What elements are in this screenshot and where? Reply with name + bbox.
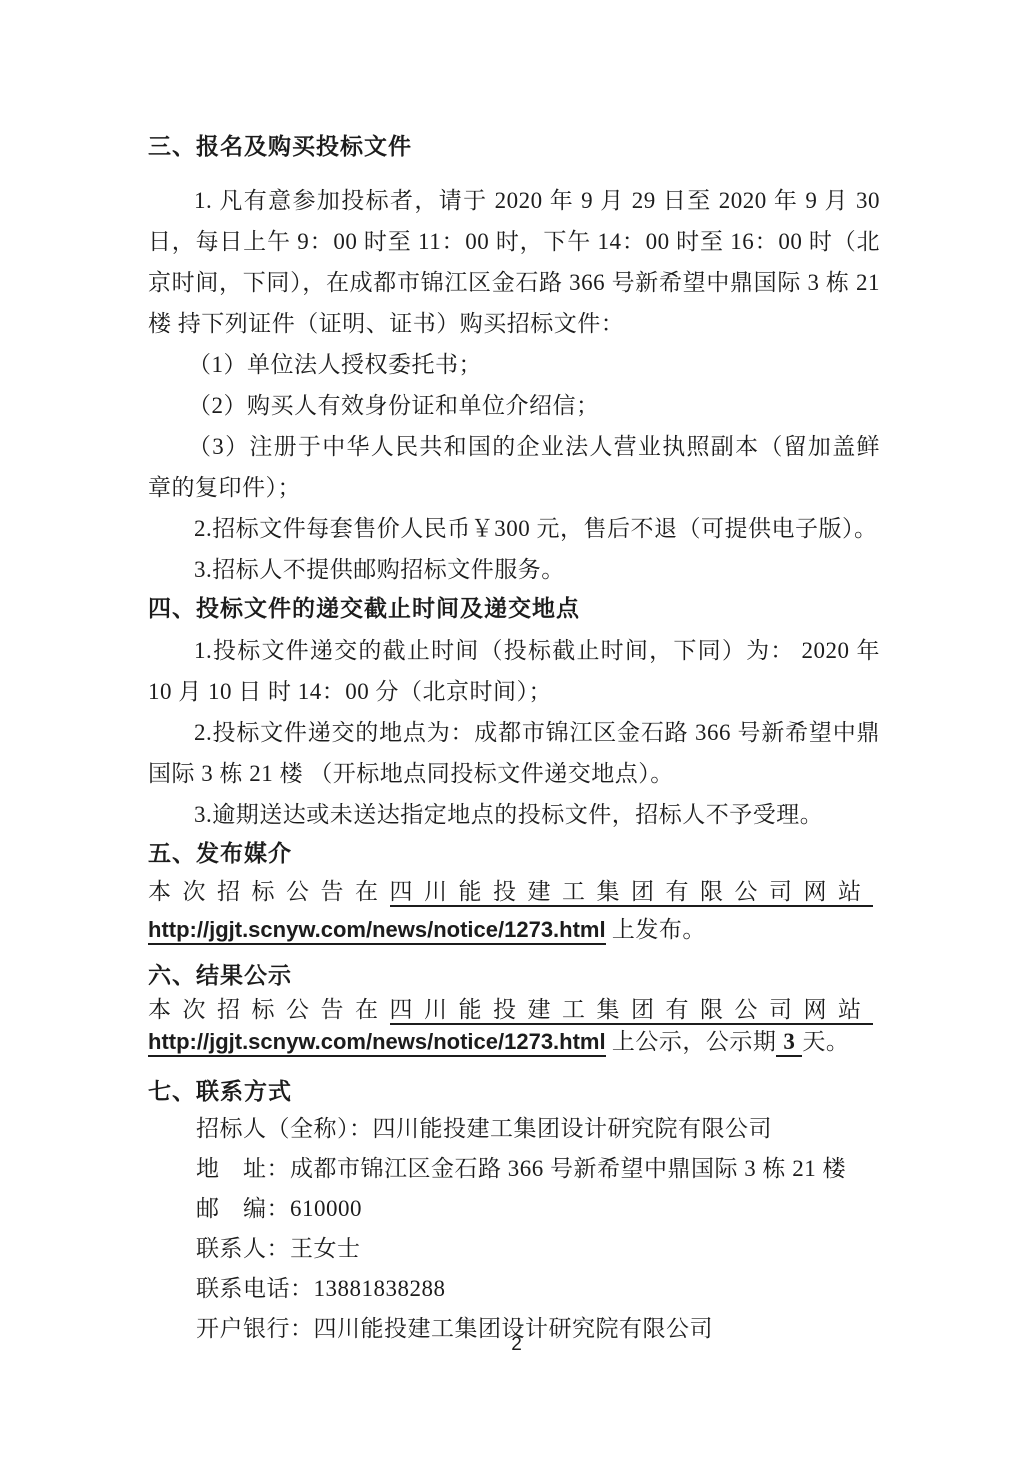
section-3-subitem-3: （3）注册于中华人民共和国的企业法人营业执照副本（留加盖鲜章的复印件）； [148, 426, 880, 508]
section-4-heading: 四、投标文件的递交截止时间及递交地点 [148, 592, 880, 624]
section-5-publish-line: 本次招标公告在四川能投建工集团有限公司网站 [148, 873, 880, 911]
section-6-url-suffix-2: 天。 [802, 1029, 849, 1054]
section-5-company-name-underlined: 四川能投建工集团有限公司网站 [390, 879, 873, 907]
contact-postal-code: 邮 编：610000 [148, 1189, 880, 1229]
document-content: 三、报名及购买投标文件 1. 凡有意参加投标者，请于 2020 年 9 月 29… [148, 130, 880, 1349]
page-number: 2 [0, 1334, 1033, 1356]
section-6-heading: 六、结果公示 [148, 959, 880, 991]
section-6-publicity-days-underlined: 3 [776, 1029, 802, 1057]
section-5-url-suffix: 上发布。 [606, 917, 706, 942]
contact-phone: 联系电话：13881838288 [148, 1269, 880, 1309]
section-7-heading: 七、联系方式 [148, 1075, 880, 1107]
section-4-paragraph-3: 3.逾期送达或未送达指定地点的投标文件，招标人不予受理。 [148, 794, 880, 835]
section-6-publish-line: 本次招标公告在四川能投建工集团有限公司网站 [148, 993, 880, 1026]
section-3-subitem-1: （1）单位法人授权委托书； [148, 344, 880, 385]
section-5-url-line: http://jgjt.scnyw.com/news/notice/1273.h… [148, 911, 880, 949]
section-5-heading: 五、发布媒介 [148, 837, 880, 869]
section-6-url-line: http://jgjt.scnyw.com/news/notice/1273.h… [148, 1026, 880, 1057]
contact-address: 地 址：成都市锦江区金石路 366 号新希望中鼎国际 3 栋 21 楼 [148, 1149, 880, 1189]
section-3-paragraph-2: 2.招标文件每套售价人民币￥300 元，售后不退（可提供电子版）。 [148, 508, 880, 549]
section-3-heading: 三、报名及购买投标文件 [148, 130, 880, 162]
section-4-paragraph-1: 1.投标文件递交的截止时间（投标截止时间，下同）为： 2020 年 10 月 1… [148, 630, 880, 712]
section-3-paragraph-3: 3.招标人不提供邮购招标文件服务。 [148, 549, 880, 590]
section-6-company-name-underlined: 四川能投建工集团有限公司网站 [390, 997, 873, 1025]
section-3-paragraph-1: 1. 凡有意参加投标者，请于 2020 年 9 月 29 日至 2020 年 9… [148, 180, 880, 344]
document-page: 三、报名及购买投标文件 1. 凡有意参加投标者，请于 2020 年 9 月 29… [0, 0, 1033, 1461]
contact-tenderer-name: 招标人（全称）：四川能投建工集团设计研究院有限公司 [148, 1109, 880, 1149]
contact-person: 联系人：王女士 [148, 1229, 880, 1269]
section-6-line-prefix: 本次招标公告在 [148, 997, 390, 1022]
section-6-url-link[interactable]: http://jgjt.scnyw.com/news/notice/1273.h… [148, 1029, 606, 1057]
section-4-paragraph-2: 2.投标文件递交的地点为：成都市锦江区金石路 366 号新希望中鼎国际 3 栋 … [148, 712, 880, 794]
section-6-url-suffix-1: 上公示，公示期 [606, 1029, 777, 1054]
section-5-line-prefix: 本次招标公告在 [148, 879, 390, 904]
section-5-url-link[interactable]: http://jgjt.scnyw.com/news/notice/1273.h… [148, 917, 606, 945]
section-3-subitem-2: （2）购买人有效身份证和单位介绍信； [148, 385, 880, 426]
